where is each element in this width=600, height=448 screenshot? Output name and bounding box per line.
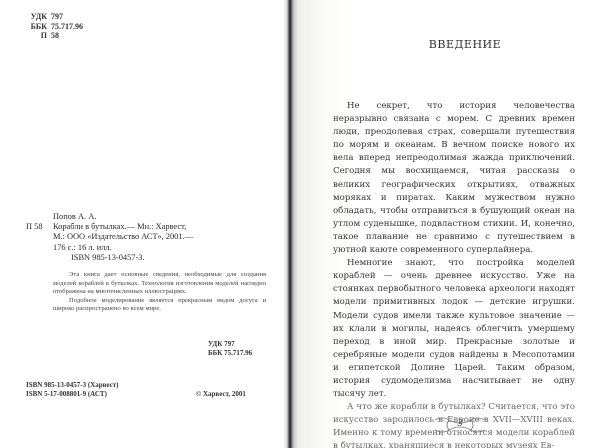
code-key: П [26,31,47,41]
bbk-code: ББК 75.717.96 [208,349,252,358]
bleed-through-text [35,109,265,131]
classification-codes-top: УДК797 ББК75.717.96 П58 [26,12,83,41]
card-code: П 58 [26,222,53,232]
code-key: УДК [26,12,47,22]
copyright-notice: © Харвест, 2001 [196,390,246,398]
isbn-ast: ISBN 5-17-008801-9 (АСТ) [26,390,118,399]
page-number: 3 [454,418,466,429]
card-author: Попов А. А. [53,212,266,222]
card-line-1: Корабли в бутылках.— Мн.: Харвест, [53,222,266,232]
card-isbn: ISBN 985-13-0457-3. [71,253,266,263]
code-key: ББК [26,22,47,32]
card-line-2: М.: ООО «Издательство АСТ», 2001.— [53,232,266,242]
left-page-imprint: УДК797 ББК75.717.96 П58 Попов А. А. П 58… [0,0,286,448]
code-value: 75.717.96 [51,22,83,32]
code-value: 797 [51,12,63,22]
udk-code: УДК 797 [208,340,252,349]
classification-codes-bottom: УДК 797 ББК 75.717.96 [208,340,252,357]
annotation-paragraph: Подобное моделирование является прекрасн… [53,297,266,314]
book-annotation: Эта книга дает основные сведения, необхо… [53,271,266,314]
body-paragraph: Немногие знают, что постройка моделей ко… [333,257,575,401]
body-paragraph: Не секрет, что история человечества нера… [333,100,575,257]
isbn-harvest: ISBN 985-13-0457-3 (Харвест) [26,381,118,390]
book-spine-gutter [284,0,306,448]
isbn-list: ISBN 985-13-0457-3 (Харвест) ISBN 5-17-0… [26,381,118,398]
book-spread: УДК797 ББК75.717.96 П58 Попов А. А. П 58… [0,0,600,448]
annotation-paragraph: Эта книга дает основные сведения, необхо… [53,271,266,297]
chapter-title: ВВЕДЕНИЕ [420,38,510,51]
code-value: 58 [51,31,59,41]
introduction-text: Не секрет, что история человечества нера… [333,100,575,448]
card-line-3: 176 с.: 16 л. илл. [53,243,266,253]
catalog-card: Попов А. А. П 58 Корабли в бутылках.— Мн… [26,212,266,263]
